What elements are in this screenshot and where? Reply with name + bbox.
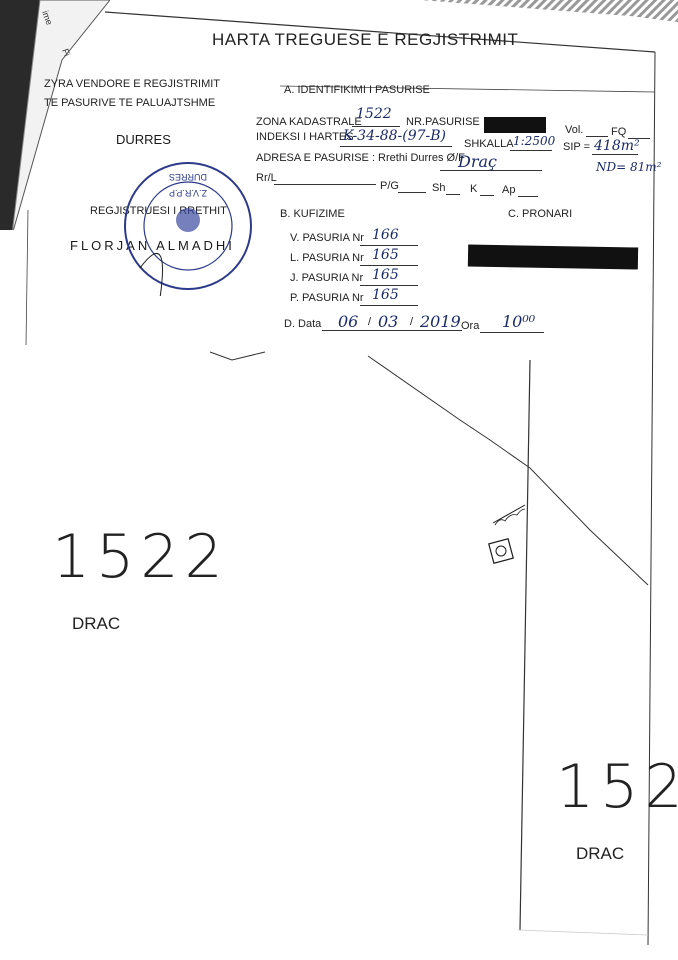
sip-value: 418m²: [594, 138, 640, 154]
indeksi-value: K-34-88-(97-B): [343, 128, 446, 144]
kufizim-label: L. PASURIA Nr: [290, 252, 364, 264]
section-a-heading: A. IDENTIFIKIMI I PASURISE: [284, 84, 430, 96]
fq-label: FQ: [611, 126, 626, 138]
nd-value: ND= 81m²: [596, 160, 661, 174]
indeksi-label: INDEKSI I HARTES: [256, 131, 354, 143]
adresa-label: ADRESA E PASURISE : Rrethi Durres Ø/F: [256, 152, 465, 164]
ap-label: Ap: [502, 184, 515, 196]
vol-label: Vol.: [565, 124, 583, 136]
office-city: DURRES: [116, 132, 171, 147]
shkalla-value: 1:2500: [513, 134, 555, 148]
date-month: 03: [378, 312, 398, 331]
pg-label: P/G: [380, 180, 399, 192]
date-day: 06: [338, 312, 358, 331]
sip-label: SIP =: [563, 141, 590, 153]
office-line2: TE PASURIVE TE PALUAJTSHME: [44, 97, 215, 109]
ora-value: 10⁰⁰: [502, 312, 535, 331]
section-c-heading: C. PRONARI: [508, 208, 572, 220]
kufizim-value: 165: [372, 287, 399, 303]
ora-label: Ora: [461, 320, 479, 332]
date-label: D. Data: [284, 318, 321, 330]
document-title: HARTA TREGUESE E REGJISTRIMIT: [212, 30, 518, 50]
kufizim-value: 166: [372, 227, 399, 243]
place-label-drac-2: DRAC: [576, 844, 624, 864]
shkalla-label: SHKALLA: [464, 138, 514, 150]
svg-text:DURRES: DURRES: [169, 172, 207, 182]
parcel-marker-icon: [485, 495, 535, 575]
svg-text:Z.V.R.P.P: Z.V.R.P.P: [169, 188, 207, 198]
redacted-nr-pasurise: [484, 117, 546, 133]
zona-label: ZONA KADASTRALE: [256, 116, 362, 128]
zone-label-1522: 1522: [52, 522, 229, 592]
kufizim-label: J. PASURIA Nr: [290, 272, 363, 284]
official-stamp: DURRES Z.V.R.P.P: [120, 158, 258, 296]
date-year: 2019: [420, 312, 461, 331]
k-label: K: [470, 183, 477, 195]
sh-label: Sh: [432, 182, 445, 194]
section-b-heading: B. KUFIZIME: [280, 208, 345, 220]
adresa-value: Draç: [458, 152, 497, 171]
kufizim-label: P. PASURIA Nr: [290, 292, 364, 304]
nr-pasurise-label: NR.PASURISE: [406, 116, 480, 128]
place-label-drac: DRAC: [72, 614, 120, 634]
office-line1: ZYRA VENDORE E REGJISTRIMIT: [44, 78, 220, 90]
zone-label-1522-partial: 152: [556, 752, 678, 822]
zona-value: 1522: [356, 106, 392, 122]
kufizim-value: 165: [372, 267, 399, 283]
kufizim-label: V. PASURIA Nr: [290, 232, 364, 244]
redacted-owner: [468, 245, 638, 270]
kufizim-value: 165: [372, 247, 399, 263]
rrl-label: Rr/L: [256, 172, 277, 184]
